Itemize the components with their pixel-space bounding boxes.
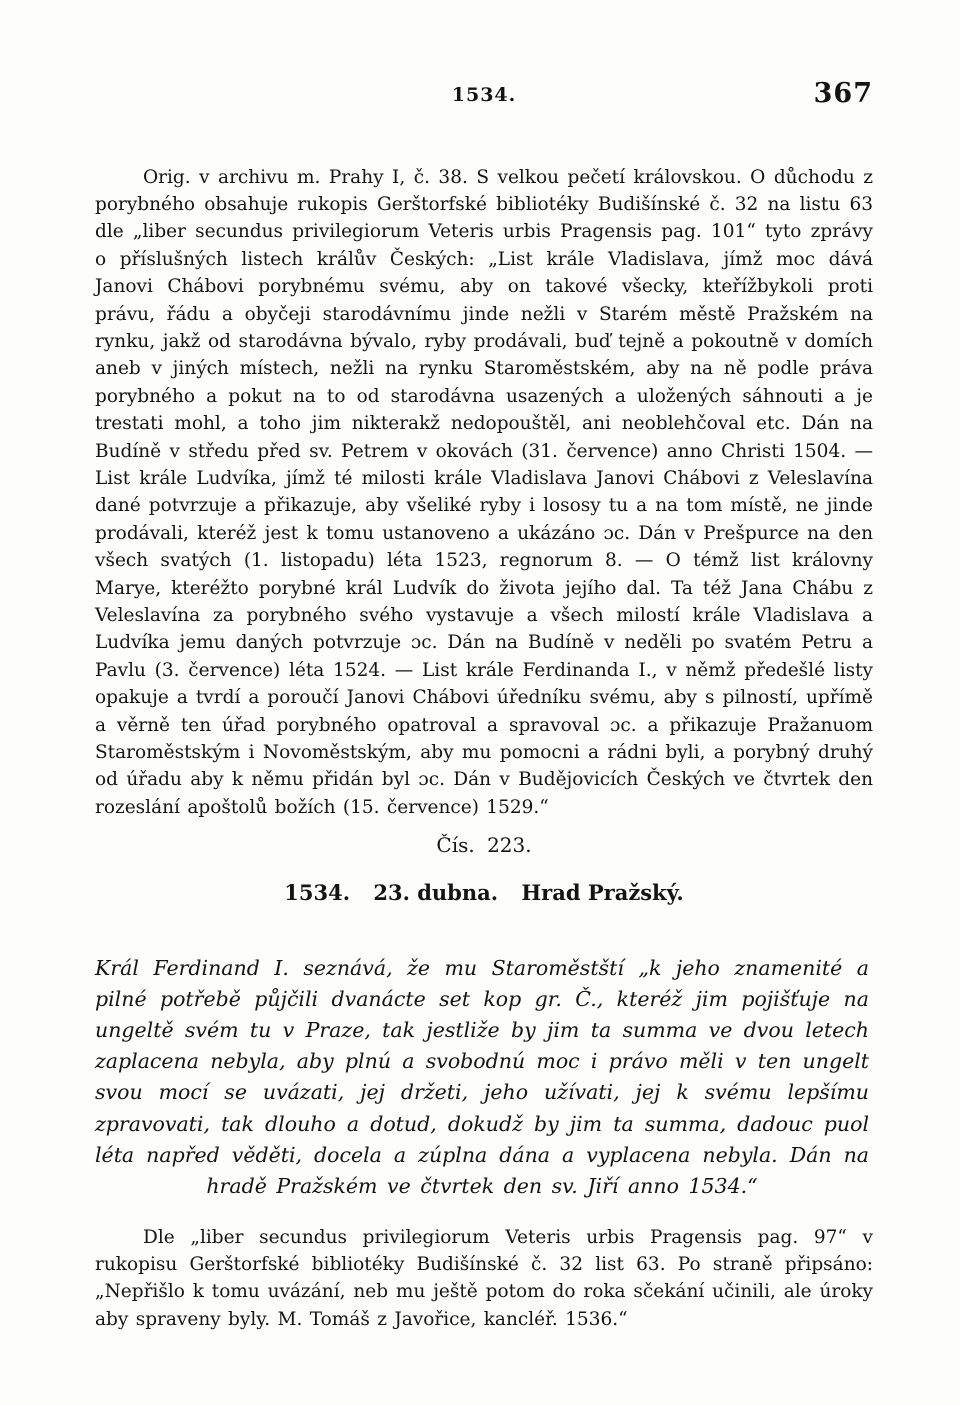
archival-note-paragraph: Dle „liber secundus privilegiorum Veteri… bbox=[95, 1224, 873, 1334]
entry-heading-year: 1534. bbox=[284, 880, 350, 905]
entry-heading: 1534. 23. dubna. Hrad Pražský. bbox=[95, 880, 873, 905]
scanned-book-page: 1534. 367 Orig. v archivu m. Prahy I, č.… bbox=[0, 0, 960, 1405]
page-number: 367 bbox=[814, 78, 873, 109]
source-note-paragraph: Orig. v archivu m. Prahy I, č. 38. S vel… bbox=[95, 164, 873, 822]
running-header-year: 1534. bbox=[95, 84, 873, 106]
entry-heading-place: Hrad Pražský. bbox=[521, 880, 683, 905]
entry-number-label: Čís. 223. bbox=[95, 833, 873, 857]
regest-summary-paragraph: Král Ferdinand I. seznává, že mu Staromě… bbox=[95, 953, 869, 1203]
running-header: 1534. 367 bbox=[95, 84, 873, 118]
entry-heading-day: 23. dubna. bbox=[373, 880, 498, 905]
